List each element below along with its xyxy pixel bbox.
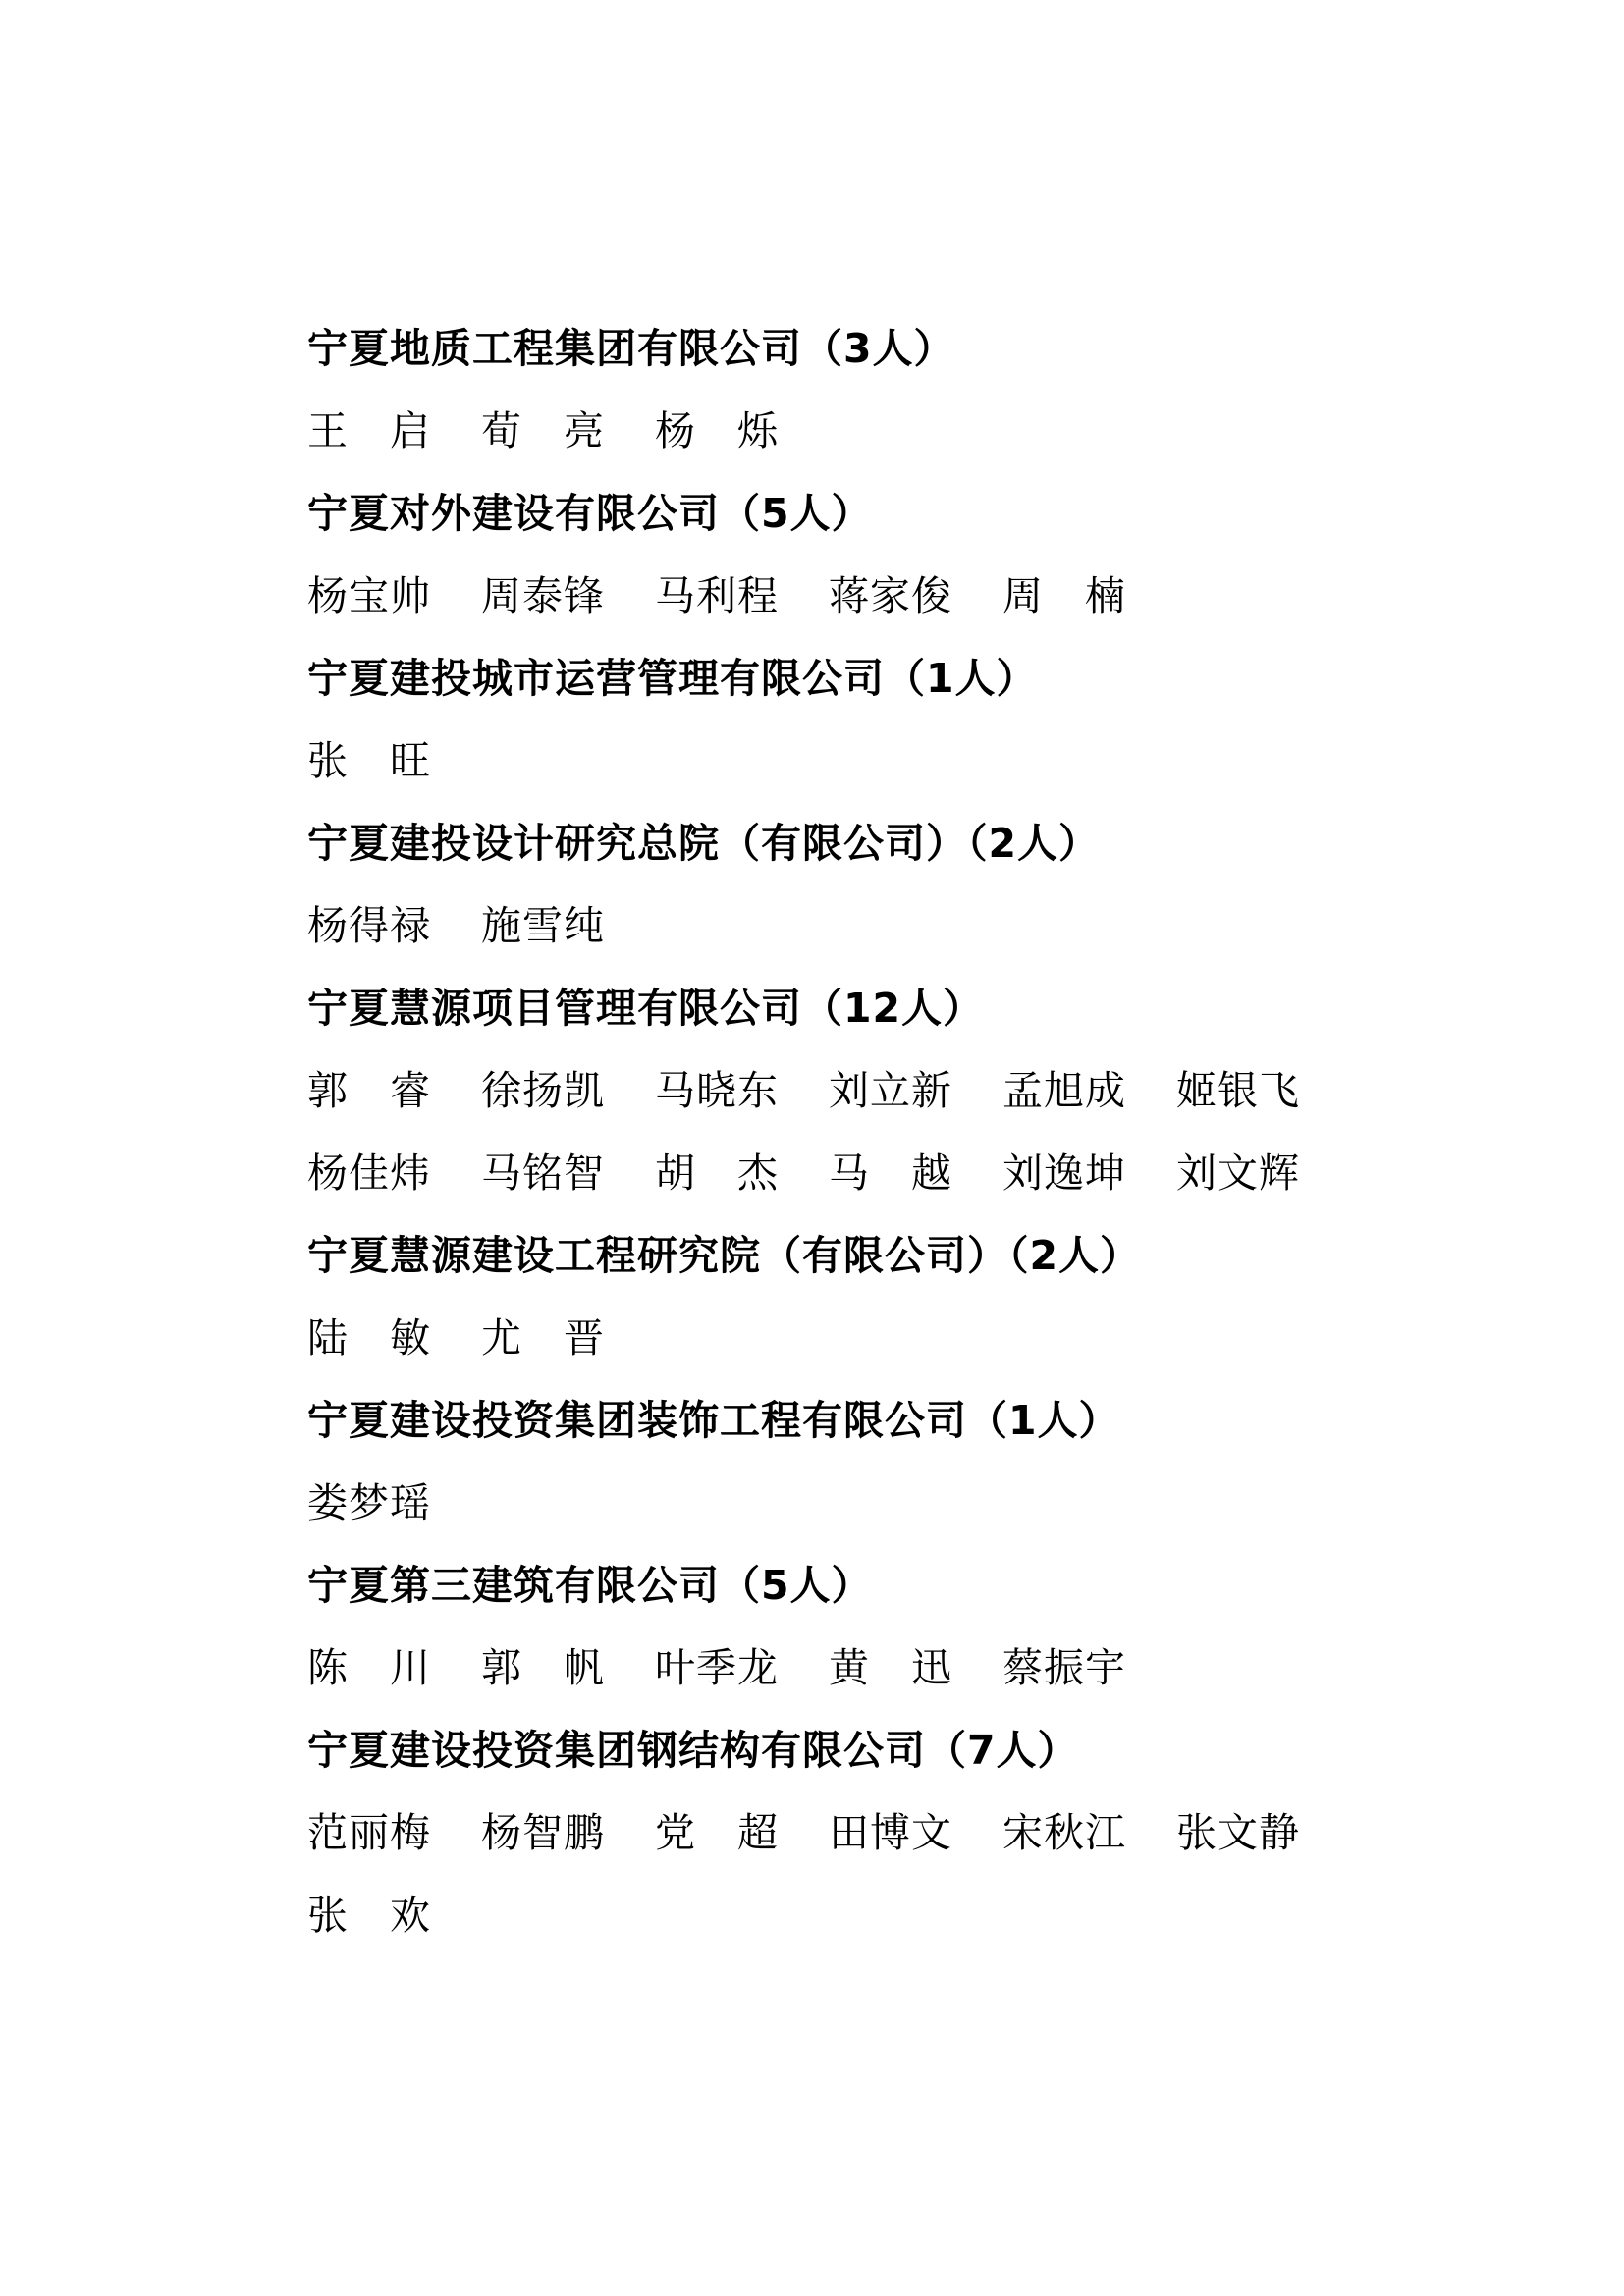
person-name: 蒋家俊 [829,555,1002,637]
name-row: 陆 敏 尤 晋 [307,1297,1387,1379]
person-name: 郭 帆 [481,1627,655,1709]
person-name: 胡 杰 [655,1132,829,1214]
person-name: 田博文 [829,1791,1002,1874]
company-heading: 宁夏建投设计研究总院（有限公司）（2人） [307,802,1387,884]
person-name: 蔡振宇 [1002,1627,1176,1709]
person-name: 周 楠 [1002,555,1176,637]
person-name: 尤 晋 [481,1297,655,1379]
person-name: 党 超 [655,1791,829,1874]
person-name: 刘立新 [829,1049,1002,1132]
person-name: 刘逸坤 [1002,1132,1176,1214]
document-page: 宁夏地质工程集团有限公司（3人） 王 启 荀 亮 杨 烁 宁夏对外建设有限公司（… [307,307,1387,1956]
name-row: 王 启 荀 亮 杨 烁 [307,390,1387,472]
person-name: 孟旭成 [1002,1049,1176,1132]
person-name: 陆 敏 [307,1297,481,1379]
company-heading: 宁夏建设投资集团装饰工程有限公司（1人） [307,1379,1387,1462]
person-name: 王 启 [307,390,481,472]
person-name: 娄梦瑶 [307,1462,481,1544]
person-name: 张 旺 [307,720,481,802]
company-heading: 宁夏地质工程集团有限公司（3人） [307,307,1387,390]
person-name: 姬银飞 [1176,1049,1350,1132]
person-name: 叶季龙 [655,1627,829,1709]
person-name: 马 越 [829,1132,1002,1214]
person-name: 徐扬凯 [481,1049,655,1132]
person-name: 周泰锋 [481,555,655,637]
person-name: 杨佳炜 [307,1132,481,1214]
person-name: 黄 迅 [829,1627,1002,1709]
name-row: 陈 川 郭 帆 叶季龙 黄 迅 蔡振宇 [307,1627,1387,1709]
name-row: 张 欢 [307,1874,1387,1956]
company-heading: 宁夏建设投资集团钢结构有限公司（7人） [307,1709,1387,1791]
person-name: 马铭智 [481,1132,655,1214]
person-name: 马晓东 [655,1049,829,1132]
name-row: 张 旺 [307,720,1387,802]
person-name: 荀 亮 [481,390,655,472]
name-row: 杨宝帅 周泰锋 马利程 蒋家俊 周 楠 [307,555,1387,637]
person-name: 张文静 [1176,1791,1350,1874]
company-heading: 宁夏慧源项目管理有限公司（12人） [307,967,1387,1049]
person-name: 施雪纯 [481,884,655,967]
name-row: 杨佳炜 马铭智 胡 杰 马 越 刘逸坤 刘文辉 [307,1132,1387,1214]
person-name: 杨得禄 [307,884,481,967]
company-heading: 宁夏对外建设有限公司（5人） [307,472,1387,555]
company-heading: 宁夏建投城市运营管理有限公司（1人） [307,637,1387,720]
name-row: 杨得禄 施雪纯 [307,884,1387,967]
company-heading: 宁夏慧源建设工程研究院（有限公司）（2人） [307,1214,1387,1297]
person-name: 郭 睿 [307,1049,481,1132]
name-row: 范丽梅 杨智鹏 党 超 田博文 宋秋江 张文静 [307,1791,1387,1874]
company-heading: 宁夏第三建筑有限公司（5人） [307,1544,1387,1627]
person-name: 陈 川 [307,1627,481,1709]
person-name: 范丽梅 [307,1791,481,1874]
person-name: 杨 烁 [655,390,829,472]
person-name: 刘文辉 [1176,1132,1350,1214]
name-row: 娄梦瑶 [307,1462,1387,1544]
person-name: 马利程 [655,555,829,637]
person-name: 宋秋江 [1002,1791,1176,1874]
person-name: 杨宝帅 [307,555,481,637]
person-name: 张 欢 [307,1874,481,1956]
name-row: 郭 睿 徐扬凯 马晓东 刘立新 孟旭成 姬银飞 [307,1049,1387,1132]
person-name: 杨智鹏 [481,1791,655,1874]
